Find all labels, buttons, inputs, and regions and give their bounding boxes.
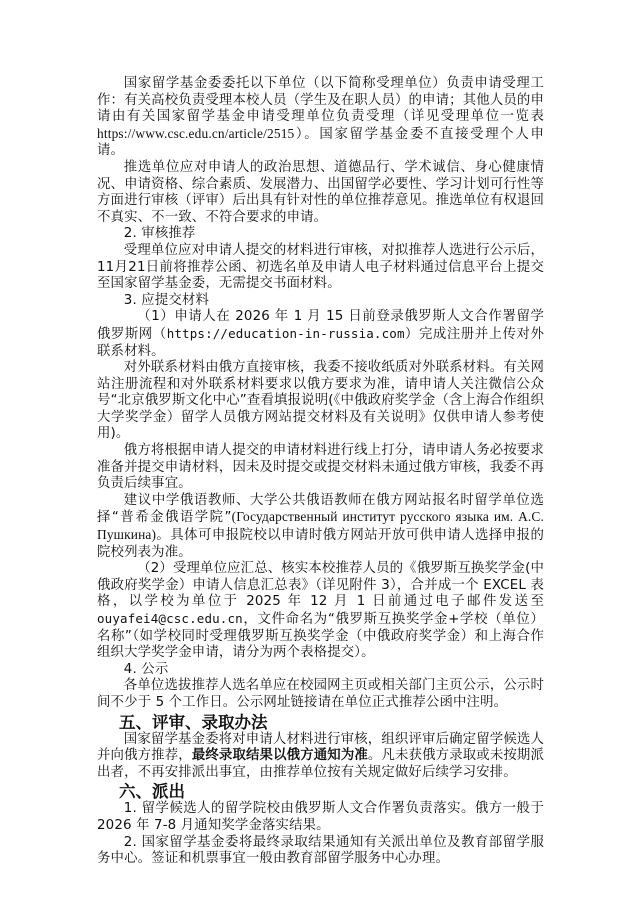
email-link[interactable]: ouyafei4@csc.edu.cn — [97, 611, 243, 626]
heading-6-item-2: 2. 国家留学基金委将最终录取结果通知有关派出单位及教育部留学服务中心。签证和机… — [97, 835, 544, 868]
intro-text-2: 家留学基金申请受理单位负责受理（详见受理单位一览表 — [172, 109, 544, 124]
document-page: 国家留学基金委委托以下单位（以下简称受理单位）负责申请受理工作：有关高校负责受理… — [97, 76, 544, 868]
section-3-para-3: 俄方将根据申请人提交的申请材料进行线上打分，请申请人务必按要求准备并提交申请材料… — [97, 443, 544, 493]
section-3-item-1: （1）申请人在 2026 年 1 月 15 日前登录俄罗斯人文合作署留学俄罗斯网… — [97, 309, 544, 360]
section-3-para-4: 建议中学俄语教师、大学公共俄语教师在俄方网站报名时留学单位选择“普希金俄语学院”… — [97, 493, 544, 561]
education-in-russia-link[interactable]: https://education-in-russia.com — [167, 326, 405, 341]
item2-text-a: （2）受理单位应汇总、核实本校推荐人员的《俄罗斯互换奖学金(中俄政府奖学金）申请… — [97, 561, 544, 609]
heading-5-body: 国家留学基金委将对申请人材料进行审核，组织评审后确定留学候选人并向俄方推荐，最终… — [97, 732, 544, 782]
paragraph-intro: 国家留学基金委委托以下单位（以下简称受理单位）负责申请受理工作：有关高校负责受理… — [97, 76, 544, 160]
heading-6: 六、派出 — [97, 782, 544, 801]
para4-text-b: 。具体可申报院校以申请时俄方网站开放可供申请人选择申报的院校列表为准。 — [97, 528, 544, 560]
section-2-body: 受理单位应对申请人提交的材料进行审核，对拟推荐人选进行公示后，11月21日前将推… — [97, 243, 544, 293]
section-4-title: 4. 公示 — [97, 662, 544, 679]
section-3-item-2: （2）受理单位应汇总、核实本校推荐人员的《俄罗斯互换奖学金(中俄政府奖学金）申请… — [97, 561, 544, 662]
section-3-title: 3. 应提交材料 — [97, 293, 544, 310]
section-2-title: 2. 审核推荐 — [97, 226, 544, 243]
paragraph-recommend: 推选单位应对申请人的政治思想、道德品行、学术诚信、身心健康情况、申请资格、综合素… — [97, 160, 544, 226]
h5-bold-text: 最终录取结果以俄方通知为准 — [192, 748, 368, 763]
heading-5: 五、评审、录取办法 — [97, 713, 544, 732]
section-3-para-2: 对外联系材料由俄方直接审核，我委不接收纸质对外联系材料。有关网站注册流程和对外联… — [97, 360, 544, 443]
section-4-body: 各单位选拔推荐人选名单应在校园网主页或相关部门主页公示，公示时间不少于 5 个工… — [97, 678, 544, 711]
csc-article-link[interactable]: https://www.csc.edu.cn/article/2515 — [97, 126, 294, 141]
heading-6-item-1: 1. 留学候选人的留学院校由俄罗斯人文合作署负责落实。俄方一般于 2026 年 … — [97, 801, 544, 834]
